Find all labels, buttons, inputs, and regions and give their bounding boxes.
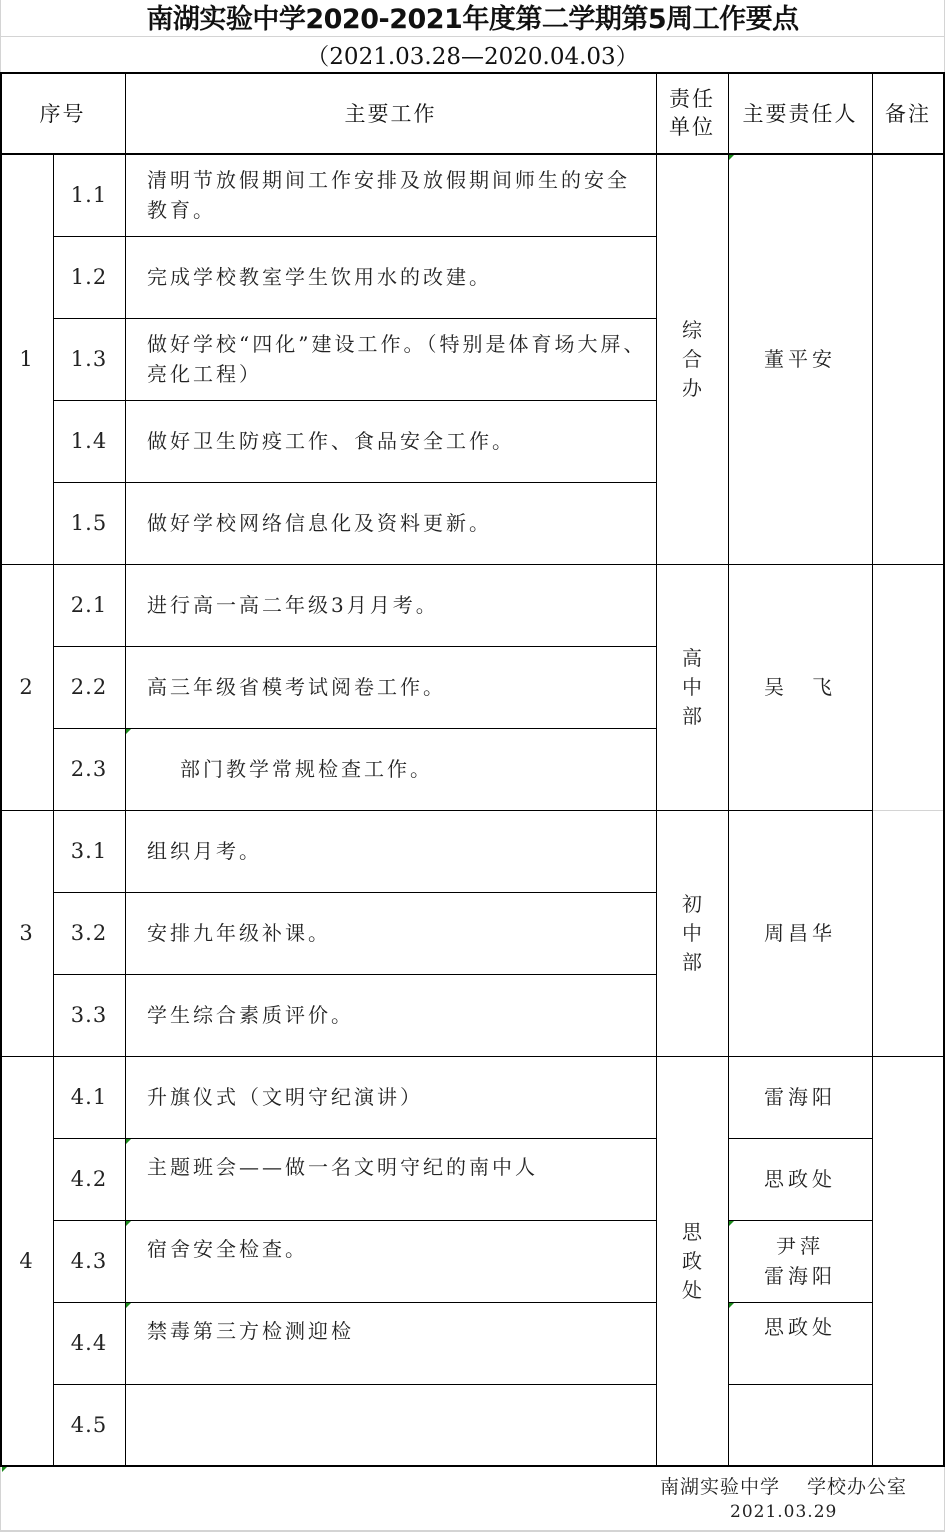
table-border — [53, 318, 656, 319]
work-text: 主题班会——做一名文明守纪的南中人 — [147, 1152, 538, 1182]
header-person: 主要责任人 — [728, 72, 872, 154]
unit-char: 处 — [681, 1276, 703, 1305]
unit-char: 政 — [681, 1247, 703, 1276]
header-seq: 序号 — [0, 72, 125, 154]
item-number: 2.1 — [53, 564, 125, 646]
work-text: 升旗仪式（文明守纪演讲） — [147, 1082, 423, 1112]
item-number: 3.3 — [53, 974, 125, 1056]
item-number: 4.5 — [53, 1384, 125, 1466]
unit-cell: 初 中 部 — [656, 810, 728, 1056]
group-number: 2 — [0, 564, 53, 810]
work-text: 清明节放假期间工作安排及放假期间师生的安全教育。 — [147, 165, 652, 225]
table-border — [53, 154, 54, 1466]
unit-char: 综 — [681, 316, 703, 345]
work-text: 部门教学常规检查工作。 — [147, 754, 433, 784]
unit-cell: 综 合 办 — [656, 154, 728, 564]
item-number: 3.1 — [53, 810, 125, 892]
table-border — [53, 482, 656, 483]
person-cell: 思政处 — [728, 1302, 872, 1384]
comment-marker-icon[interactable] — [126, 1303, 131, 1308]
header-unit-line-2: 单位 — [669, 113, 715, 141]
header-notes-label: 备注 — [885, 98, 931, 128]
work-cell[interactable]: 做好学校网络信息化及资料更新。 — [125, 482, 656, 564]
header-unit-line-1: 责任 — [669, 85, 715, 113]
table-border — [0, 153, 945, 155]
table-border — [53, 728, 656, 729]
table-border — [728, 1138, 872, 1139]
table-border — [53, 892, 656, 893]
work-text: 安排九年级补课。 — [147, 918, 331, 948]
item-number: 4.1 — [53, 1056, 125, 1138]
work-cell[interactable]: 高三年级省模考试阅卷工作。 — [125, 646, 656, 728]
work-cell[interactable]: 主题班会——做一名文明守纪的南中人 — [125, 1138, 656, 1220]
person-name: 思政处 — [764, 1312, 836, 1342]
work-cell[interactable]: 宿舍安全检查。 — [125, 1220, 656, 1302]
group-number: 1 — [0, 154, 53, 564]
person-name: 周昌华 — [764, 918, 836, 948]
work-text: 组织月考。 — [147, 836, 262, 866]
header-notes: 备注 — [872, 72, 944, 154]
comment-marker-icon[interactable] — [2, 1467, 7, 1472]
unit-cell: 高 中 部 — [656, 564, 728, 810]
table-border — [125, 72, 126, 1466]
comment-marker-icon[interactable] — [729, 1221, 734, 1226]
work-text: 宿舍安全检查。 — [147, 1234, 308, 1264]
work-text: 高三年级省模考试阅卷工作。 — [147, 672, 446, 702]
table-border — [728, 1384, 872, 1385]
work-text: 做好卫生防疫工作、食品安全工作。 — [147, 426, 515, 456]
header-unit: 责任 单位 — [656, 72, 728, 154]
table-border — [0, 72, 945, 74]
work-cell[interactable]: 清明节放假期间工作安排及放假期间师生的安全教育。 — [125, 154, 656, 236]
item-number: 4.4 — [53, 1302, 125, 1384]
work-cell[interactable]: 做好学校“四化”建设工作。（特别是体育场大屏、亮化工程） — [125, 318, 656, 400]
item-number: 1.5 — [53, 482, 125, 564]
table-border — [728, 72, 729, 1466]
item-number: 1.2 — [53, 236, 125, 318]
person-cell — [728, 1384, 872, 1466]
work-cell[interactable]: 组织月考。 — [125, 810, 656, 892]
work-cell[interactable]: 做好卫生防疫工作、食品安全工作。 — [125, 400, 656, 482]
table-border — [0, 1465, 945, 1467]
unit-cell: 思 政 处 — [656, 1056, 728, 1466]
work-cell[interactable]: 禁毒第三方检测迎检 — [125, 1302, 656, 1384]
person-name: 雷海阳 — [764, 1082, 836, 1112]
item-number: 1.3 — [53, 318, 125, 400]
comment-marker-icon[interactable] — [729, 155, 734, 160]
person-cell: 周昌华 — [728, 810, 872, 1056]
person-name: 董平安 — [764, 344, 836, 374]
work-cell[interactable]: 部门教学常规检查工作。 — [125, 728, 656, 810]
item-number: 4.3 — [53, 1220, 125, 1302]
table-border — [53, 1220, 656, 1221]
table-border — [53, 400, 656, 401]
work-text: 做好学校网络信息化及资料更新。 — [147, 508, 492, 538]
comment-marker-icon[interactable] — [126, 1221, 131, 1226]
group-number: 4 — [0, 1056, 53, 1466]
item-number: 1.4 — [53, 400, 125, 482]
person-name: 思政处 — [764, 1164, 836, 1194]
table-border — [53, 1138, 656, 1139]
comment-marker-icon[interactable] — [126, 1139, 131, 1144]
table-border — [0, 564, 945, 565]
group-number: 3 — [0, 810, 53, 1056]
work-text: 做好学校“四化”建设工作。（特别是体育场大屏、亮化工程） — [147, 329, 652, 389]
gridline — [872, 810, 944, 811]
comment-marker-icon[interactable] — [729, 1303, 734, 1308]
unit-char: 部 — [681, 702, 703, 731]
unit-char: 办 — [681, 374, 703, 403]
header-work: 主要工作 — [125, 72, 656, 154]
unit-char: 思 — [681, 1218, 703, 1247]
comment-marker-icon[interactable] — [126, 729, 131, 734]
unit-char: 初 — [681, 890, 703, 919]
table-border — [53, 1302, 656, 1303]
footer-date: 2021.03.29 — [730, 1502, 837, 1522]
table-border — [728, 1220, 872, 1221]
work-cell[interactable]: 学生综合素质评价。 — [125, 974, 656, 1056]
person-name: 吴 飞 — [764, 672, 836, 702]
work-cell[interactable] — [125, 1384, 656, 1466]
table-border — [656, 72, 657, 1466]
table-border — [53, 236, 656, 237]
person-name: 尹萍 — [776, 1231, 824, 1261]
header-work-label: 主要工作 — [345, 98, 437, 128]
table-border — [53, 974, 656, 975]
person-cell: 尹萍 雷海阳 — [728, 1220, 872, 1302]
header-seq-label: 序号 — [40, 98, 86, 128]
work-cell[interactable]: 升旗仪式（文明守纪演讲） — [125, 1056, 656, 1138]
unit-char: 合 — [681, 345, 703, 374]
work-text: 进行高一高二年级3月月考。 — [147, 590, 439, 620]
unit-char: 中 — [681, 919, 703, 948]
person-cell: 吴 飞 — [728, 564, 872, 810]
unit-char: 中 — [681, 673, 703, 702]
footer-signature: 南湖实验中学 学校办公室 — [660, 1472, 907, 1499]
work-text: 学生综合素质评价。 — [147, 1000, 354, 1030]
table-border — [0, 1056, 945, 1057]
person-cell: 雷海阳 — [728, 1056, 872, 1138]
table-border — [728, 1302, 872, 1303]
item-number: 2.3 — [53, 728, 125, 810]
document-title: 南湖实验中学2020-2021年度第二学期第5周工作要点 — [0, 0, 945, 36]
table-border — [0, 810, 872, 811]
work-text: 完成学校教室学生饮用水的改建。 — [147, 262, 492, 292]
work-cell[interactable]: 进行高一高二年级3月月考。 — [125, 564, 656, 646]
work-text: 禁毒第三方检测迎检 — [147, 1316, 354, 1346]
item-number: 3.2 — [53, 892, 125, 974]
person-cell: 董平安 — [728, 154, 872, 564]
item-number: 1.1 — [53, 154, 125, 236]
table-border — [53, 1384, 656, 1385]
item-number: 4.2 — [53, 1138, 125, 1220]
item-number: 2.2 — [53, 646, 125, 728]
person-name: 雷海阳 — [764, 1261, 836, 1291]
work-cell[interactable]: 安排九年级补课。 — [125, 892, 656, 974]
person-cell: 思政处 — [728, 1138, 872, 1220]
header-person-label: 主要责任人 — [743, 98, 858, 128]
date-range: （2021.03.28—2020.04.03） — [0, 37, 945, 72]
unit-char: 高 — [681, 644, 703, 673]
unit-char: 部 — [681, 948, 703, 977]
table-border — [0, 72, 2, 1467]
table-border — [53, 646, 656, 647]
work-cell[interactable]: 完成学校教室学生饮用水的改建。 — [125, 236, 656, 318]
table-border — [872, 72, 873, 1466]
